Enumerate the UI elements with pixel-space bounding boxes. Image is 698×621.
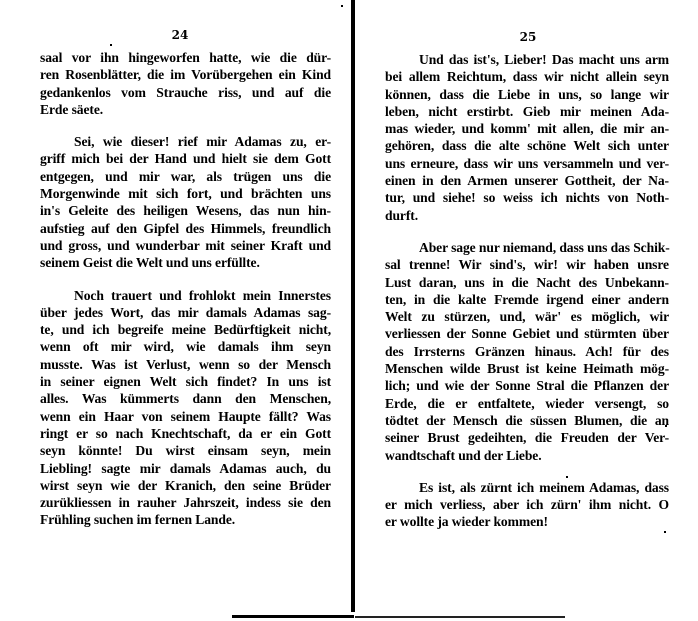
- text-line: Erde säete.: [40, 101, 331, 118]
- text-line: des Irrsterns Gränzen hinaus. Ach! für d…: [385, 343, 669, 360]
- text-line: Sei, wie dieser! rief mir Adamas zu, er-: [40, 133, 331, 150]
- text-line: zurükliessen in rauher Jahrszeit, indess…: [40, 494, 331, 511]
- paragraph-gap: [40, 118, 331, 133]
- page-body: saal vor ihn hingeworfen hatte, wie die …: [40, 49, 331, 529]
- text-line: und gross, und wunderbar mit seiner Kraf…: [40, 237, 331, 254]
- text-line: Erde, die er entfaltete, wieder versengt…: [385, 395, 669, 412]
- text-line: ren Rosenblätter, die im Vorübergehen ei…: [40, 66, 331, 83]
- text-line: einen in den Armen unserer Gottheit, der…: [385, 172, 669, 189]
- text-line: Und das ist's, Lieber! Das macht uns arm: [385, 51, 669, 68]
- text-line: seyn könnte! Du wirst einsam seyn, mein: [40, 442, 331, 459]
- left-page: 24 saal vor ihn hingeworfen hatte, wie d…: [0, 0, 350, 621]
- paragraph-gap: [385, 224, 669, 239]
- page-number: 25: [508, 30, 548, 44]
- text-line: sal trenne! Wir sind's, wir! wir haben u…: [385, 256, 669, 273]
- text-line: bei allem Reichtum, dass wir nicht allei…: [385, 68, 669, 85]
- text-line: Morgenwinde mit sich fort, und brächten …: [40, 185, 331, 202]
- right-page: 25 Und das ist's, Lieber! Das macht uns …: [356, 0, 698, 621]
- text-line: seinem Geist die Welt und uns erfüllte.: [40, 254, 331, 271]
- scan-speck: [110, 44, 112, 46]
- text-line: griff mich bei der Hand und hielt sie de…: [40, 150, 331, 167]
- text-line: Welt zu stürzen, und, wär' es möglich, w…: [385, 308, 669, 325]
- scan-speck: [664, 531, 666, 533]
- text-line: Lust daran, uns in die Nacht des Unbekan…: [385, 274, 669, 291]
- text-line: verliessen der Sonne Gebiet und stürmten…: [385, 325, 669, 342]
- paragraph: Sei, wie dieser! rief mir Adamas zu, er-…: [40, 133, 331, 271]
- text-line: Aber sage nur niemand, dass uns das Schi…: [385, 239, 669, 256]
- page-number: 24: [160, 28, 200, 42]
- text-line: er mich verliess, aber ich zürn' ihm nic…: [385, 496, 669, 513]
- text-line: aufstieg auf den Gipfel des Himmels, fre…: [40, 220, 331, 237]
- paragraph: saal vor ihn hingeworfen hatte, wie die …: [40, 49, 331, 118]
- paragraph: Und das ist's, Lieber! Das macht uns arm…: [385, 51, 669, 224]
- text-line: saal vor ihn hingeworfen hatte, wie die …: [40, 49, 331, 66]
- paragraph: Aber sage nur niemand, dass uns das Schi…: [385, 239, 669, 464]
- paragraph: Es ist, als zürnt ich meinem Adamas, das…: [385, 479, 669, 531]
- paragraph-gap: [385, 464, 669, 479]
- book-gutter: [351, 0, 355, 612]
- text-line: Liebling! sagte mir damals Adamas auch, …: [40, 460, 331, 477]
- text-line: durft.: [385, 207, 669, 224]
- page-bottom-edge: [355, 616, 565, 618]
- text-line: wandtschaft und der Liebe.: [385, 447, 669, 464]
- text-line: mas wieder, und komm' mit allen, die mir…: [385, 120, 669, 137]
- text-line: leben, nicht erstirbt. Gieb mir meinen A…: [385, 103, 669, 120]
- text-line: in seiner eignen Welt sich findet? In un…: [40, 373, 331, 390]
- text-line: entgegen, und mir war, als trügen uns di…: [40, 168, 331, 185]
- text-line: er wollte ja wieder kommen!: [385, 513, 669, 530]
- text-line: te, und ich begreife meine Bedürftigkeit…: [40, 321, 331, 338]
- text-line: tödtet der Mensch die süssen Blumen, die…: [385, 412, 669, 429]
- text-line: Frühling suchen im fernen Lande.: [40, 511, 331, 528]
- text-line: wenn oft mir wird, wie damals ihm seyn: [40, 338, 331, 355]
- scan-speck: [566, 476, 568, 478]
- text-line: lich; und wie der Sonne Stral die Pflanz…: [385, 377, 669, 394]
- text-line: gehören, dass die alte schöne Welt sich …: [385, 137, 669, 154]
- page-body: Und das ist's, Lieber! Das macht uns arm…: [385, 51, 669, 531]
- text-line: Es ist, als zürnt ich meinem Adamas, das…: [385, 479, 669, 496]
- text-line: tur, und siehe! so weiss ich nichts von …: [385, 189, 669, 206]
- text-line: wirst seyn wie der Kranich, den seine Br…: [40, 477, 331, 494]
- text-line: über jedes Wort, das mir damals Adamas s…: [40, 304, 331, 321]
- text-line: Menschen wilde Brust ist keine Heimath m…: [385, 360, 669, 377]
- paragraph-gap: [40, 272, 331, 287]
- text-line: in's Geleite des heiligen Wesens, das nu…: [40, 202, 331, 219]
- text-line: uns erneure, dass wir uns versammeln und…: [385, 155, 669, 172]
- text-line: gedankenlos vom Strauche riss, und auf d…: [40, 84, 331, 101]
- text-line: Noch trauert und frohlokt mein Innerstes: [40, 287, 331, 304]
- text-line: wenn ein Haar von seinem Haupte fällt? W…: [40, 408, 331, 425]
- text-line: können, dass die Liebe in uns, so lange …: [385, 86, 669, 103]
- scan-speck: [341, 5, 343, 7]
- text-line: ten, in die kalte Fremde irgend einer an…: [385, 291, 669, 308]
- text-line: seiner Brust gedeihten, die Freuden der …: [385, 429, 669, 446]
- text-line: alles. Was kümmerts dann den Menschen,: [40, 390, 331, 407]
- text-line: musste. Was ist Verlust, wenn so der Men…: [40, 356, 331, 373]
- scan-speck: [665, 425, 667, 427]
- page-bottom-edge: [232, 615, 354, 618]
- paragraph: Noch trauert und frohlokt mein Innerstes…: [40, 287, 331, 529]
- text-line: ringt er so nach Knechtschaft, da er ein…: [40, 425, 331, 442]
